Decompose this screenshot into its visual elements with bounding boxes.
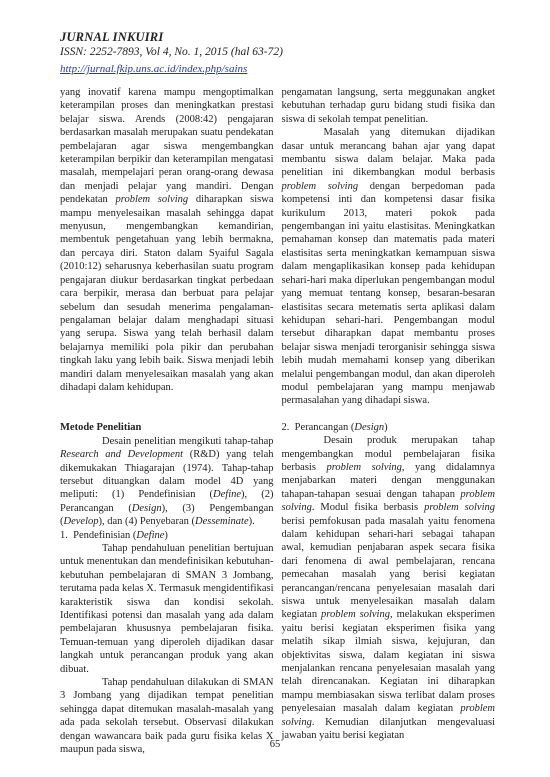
journal-page: JURNAL INKUIRI ISSN: 2252-7893, Vol 4, N… [0, 0, 550, 777]
paragraph: Masalah yang ditemukan dijadikan dasar u… [282, 126, 496, 408]
page-header: JURNAL INKUIRI ISSN: 2252-7893, Vol 4, N… [60, 30, 495, 77]
left-column: yang inovatif karena mampu mengoptimalka… [60, 86, 274, 757]
paragraph: yang inovatif karena mampu mengoptimalka… [60, 86, 274, 394]
journal-url-link[interactable]: http://jurnal.fkip.uns.ac.id/index.php/s… [60, 62, 247, 76]
issn-line: ISSN: 2252-7893, Vol 4, No. 1, 2015 (hal… [60, 45, 495, 59]
article-body: yang inovatif karena mampu mengoptimalka… [60, 86, 495, 757]
paragraph: pengamatan langsung, serta meggunakan an… [282, 86, 496, 126]
paragraph: Tahap pendahuluan penelitian bertujuan u… [60, 542, 274, 676]
list-item: 1. Pendefinisian (Define) [60, 529, 274, 542]
paragraph: Desain penelitian mengikuti tahap-tahap … [60, 435, 274, 529]
section-heading: Metode Penelitian [60, 421, 274, 434]
page-number: 65 [0, 738, 550, 751]
journal-title: JURNAL INKUIRI [60, 30, 495, 44]
list-item: 2. Perancangan (Design) [282, 421, 496, 434]
right-column: pengamatan langsung, serta meggunakan an… [282, 86, 496, 757]
paragraph: Desain produk merupakan tahap mengembang… [282, 434, 496, 742]
